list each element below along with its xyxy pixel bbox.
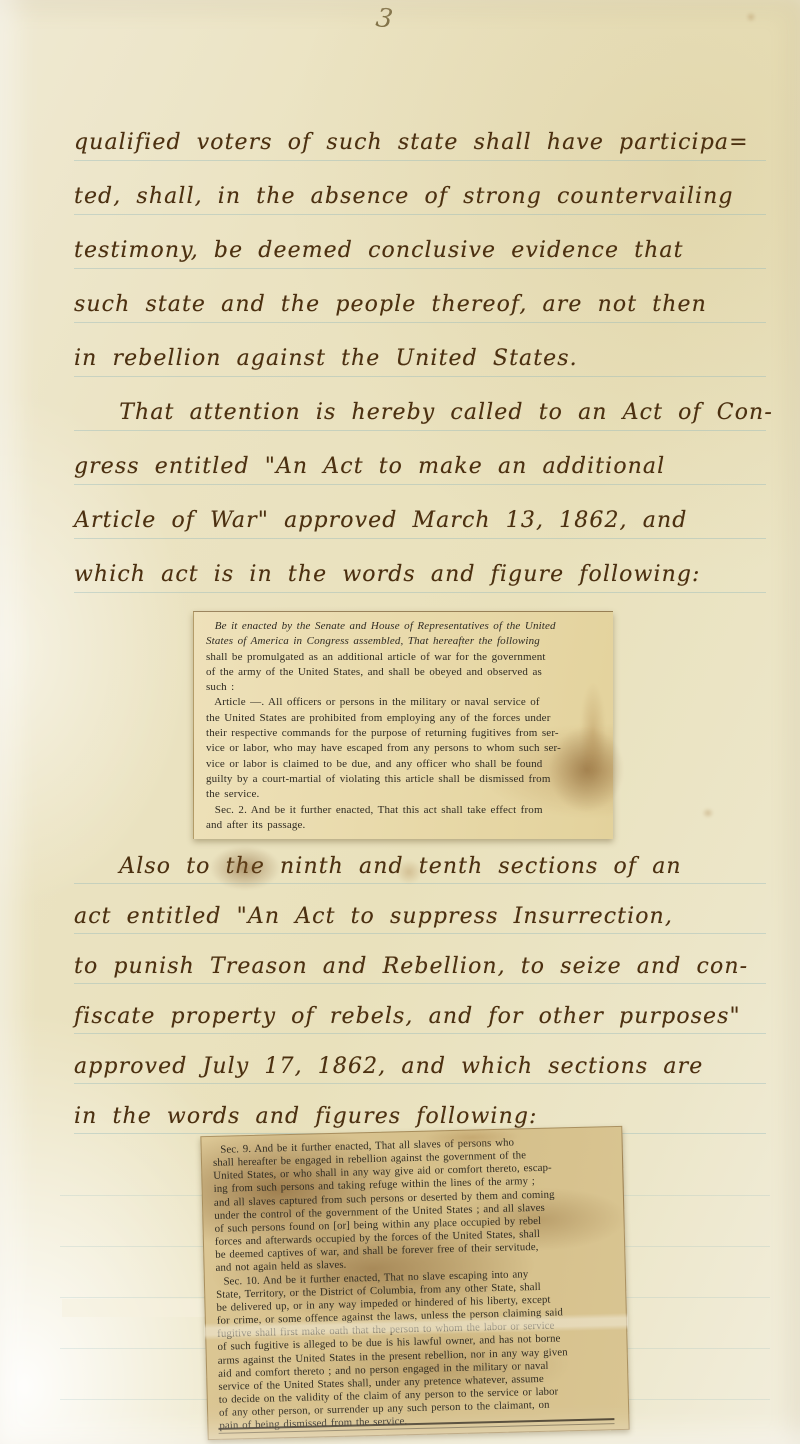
handwriting-block-middle: Also to the ninth and tenth sections of … [74,842,766,1142]
handwritten-line: testimony, be deemed conclusive evidence… [74,224,766,278]
page-number: 3 [374,3,395,35]
handwritten-line: Also to the ninth and tenth sections of … [74,842,766,892]
printed-line: the service. [206,787,603,802]
printed-line: the United States are prohibited from em… [206,711,603,726]
printed-line: Sec. 2. And be it further enacted, That … [206,803,603,818]
stain [700,806,716,820]
clipping-additional-article-of-war: Be it enacted by the Senate and House of… [193,611,613,839]
printed-line: shall be promulgated as an additional ar… [206,650,603,665]
printed-line: of the army of the United States, and sh… [206,665,603,680]
printed-line: Be it enacted by the Senate and House of… [206,619,603,634]
manuscript-page-scan: 3 qualified voters of such state shall h… [0,0,800,1444]
handwritten-line: which act is in the words and figure fol… [74,548,766,602]
handwritten-line: fiscate property of rebels, and for othe… [74,992,766,1042]
printed-line: States of America in Congress assembled,… [206,634,603,649]
printed-line: vice or labor, who may have escaped from… [206,741,603,756]
handwritten-line: such state and the people thereof, are n… [74,278,766,332]
handwriting-block-top: qualified voters of such state shall hav… [74,116,766,602]
handwritten-line: That attention is hereby called to an Ac… [74,386,766,440]
handwritten-line: to punish Treason and Rebellion, to seiz… [74,942,766,992]
printed-line: their respective commands for the purpos… [206,726,603,741]
printed-line: vice or labor is claimed to be due, and … [206,757,603,772]
printed-line: such : [206,680,603,695]
clipping-sections-nine-and-ten: Sec. 9. And be it further enacted, That … [200,1126,629,1440]
handwritten-line: Article of War" approved March 13, 1862,… [74,494,766,548]
handwritten-line: in rebellion against the United States. [74,332,766,386]
printed-line: guilty by a court-martial of violating t… [206,772,603,787]
printed-line: Article —. All officers or persons in th… [206,695,603,710]
handwritten-line: ted, shall, in the absence of strong cou… [74,170,766,224]
printed-line: and after its passage. [206,818,603,833]
handwritten-line: gress entitled "An Act to make an additi… [74,440,766,494]
stain [744,10,758,24]
handwritten-line: qualified voters of such state shall hav… [74,116,766,170]
handwritten-line: act entitled "An Act to suppress Insurre… [74,892,766,942]
handwritten-line: approved July 17, 1862, and which sectio… [74,1042,766,1092]
clipping-text: Sec. 9. And be it further enacted, That … [213,1134,621,1433]
clipping-text: Be it enacted by the Senate and House of… [206,619,603,833]
